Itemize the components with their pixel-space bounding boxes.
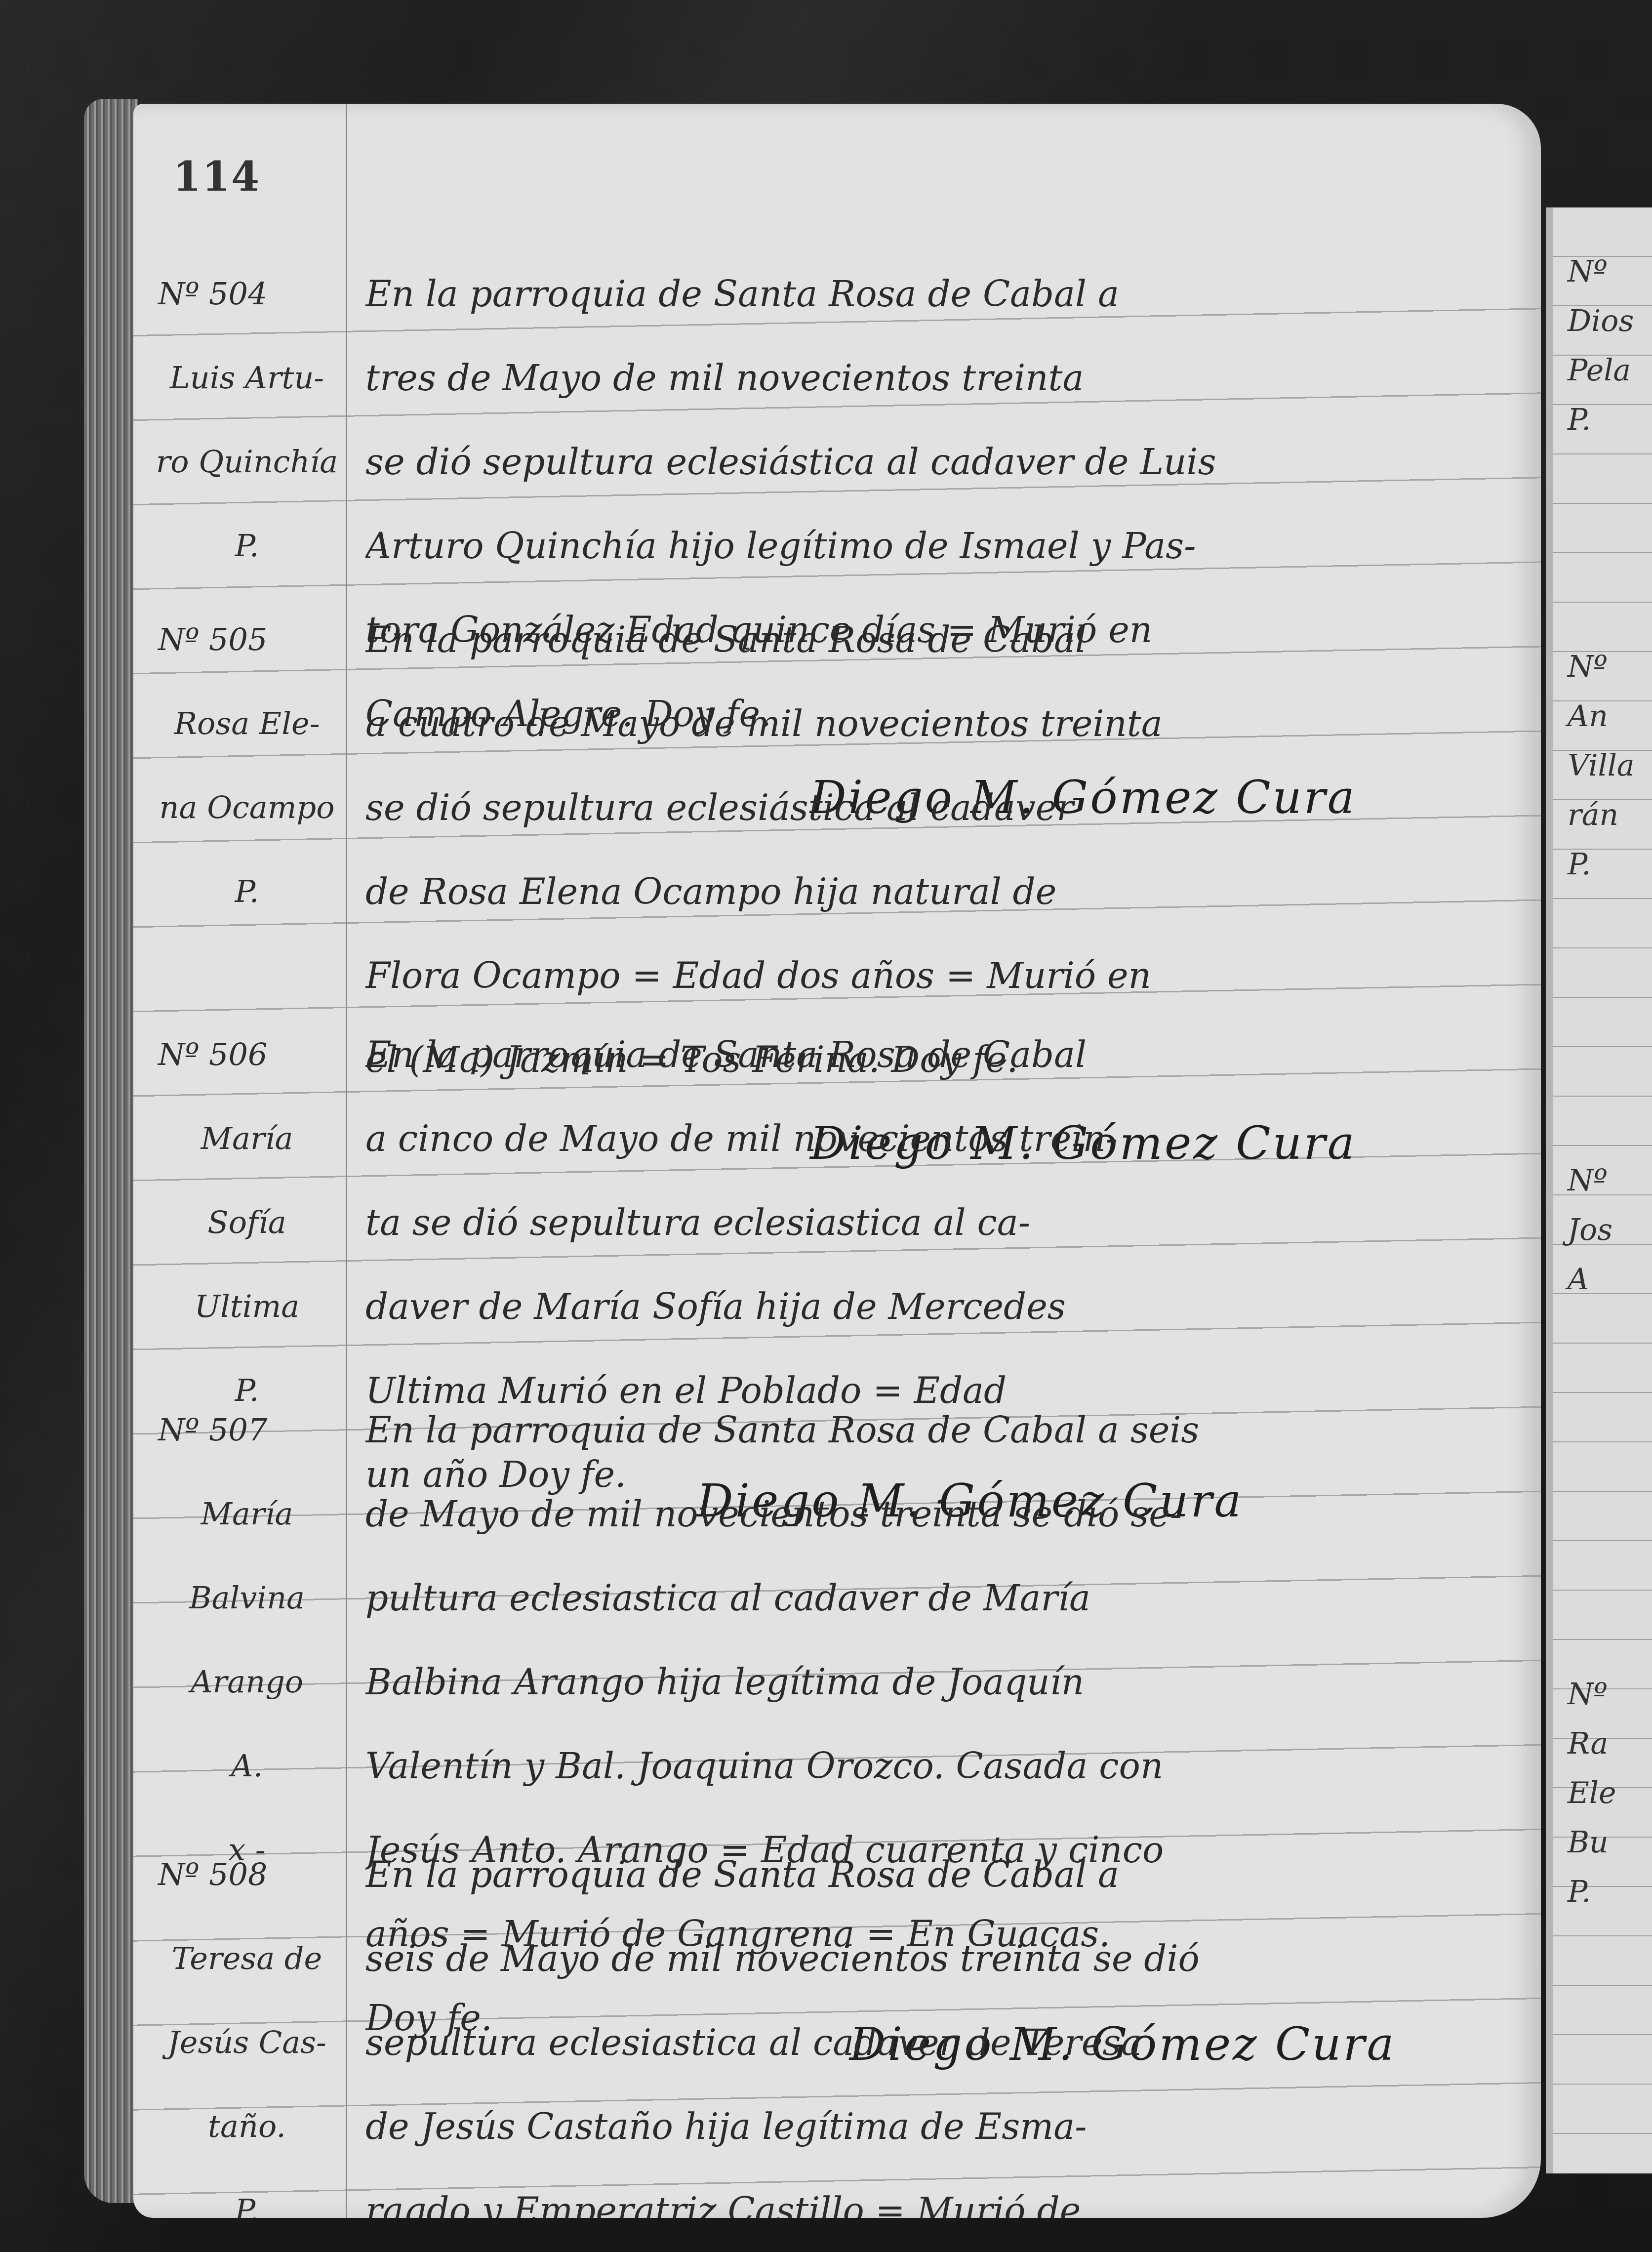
margin-name-line: Luis Artu- — [148, 336, 346, 420]
entry-margin: Nº 506 María Sofía Ultima P. — [148, 1013, 346, 1433]
margin-mark: P. — [148, 850, 346, 934]
entry-number: Nº 507 — [148, 1388, 346, 1472]
facing-entry-line: An — [1568, 692, 1635, 741]
facing-entry-line: Jos — [1568, 1205, 1612, 1255]
margin-name-line: ro Quinchía — [148, 420, 346, 504]
facing-entry-line: Nº — [1568, 642, 1635, 692]
facing-entry-line: Nº — [1568, 1156, 1612, 1205]
margin-rule — [346, 104, 347, 2218]
facing-entry-line: Ra — [1568, 1719, 1616, 1768]
body-line: pultura eclesiastica al cadaver de María — [365, 1556, 1511, 1640]
facing-page: Nº Dios Pela P. Nº An Villa rán P. Nº Jo… — [1546, 207, 1652, 2173]
facing-entry-line: Pela — [1568, 346, 1634, 395]
entry-number: Nº 504 — [148, 252, 346, 336]
entry-margin: Nº 504 Luis Artu- ro Quinchía P. — [148, 252, 346, 588]
facing-entry-line: P. — [1568, 840, 1635, 889]
margin-name-line: Sofía — [148, 1181, 346, 1265]
margin-name-line: Balvina — [148, 1556, 346, 1640]
entry-body: En la parroquia de Santa Rosa de Cabal a… — [365, 1833, 1511, 2218]
entry-margin: Nº 508 Teresa de Jesús Cas- taño. P. — [148, 1833, 346, 2218]
facing-entry: Nº An Villa rán P. — [1568, 642, 1635, 889]
body-line: se dió sepultura eclesiástica al cadaver — [365, 766, 1511, 850]
facing-entry-line: Nº — [1568, 247, 1634, 296]
body-line: tres de Mayo de mil novecientos treinta — [365, 336, 1511, 420]
body-line: Balbina Arango hija legítima de Joaquín — [365, 1640, 1511, 1724]
body-line: a cuatro de Mayo de mil novecientos trei… — [365, 682, 1511, 766]
margin-name-line: Teresa de — [148, 1917, 346, 2001]
facing-entry-line: A — [1568, 1255, 1612, 1304]
entry-margin: Nº 505 Rosa Ele- na Ocampo P. — [148, 598, 346, 934]
register-page: 114 Nº 504 Luis Artu- ro Quinchía P. En … — [133, 104, 1541, 2218]
margin-name-line: Arango — [148, 1640, 346, 1724]
body-line: En la parroquia de Santa Rosa de Cabal — [365, 1013, 1511, 1097]
body-line: ragdo y Emperatriz Castillo = Murió de — [365, 2169, 1511, 2218]
margin-name-line: María — [148, 1097, 346, 1181]
entry-number: Nº 508 — [148, 1833, 346, 1917]
body-line: sepultura eclesiastica al cadaver de Ter… — [365, 2001, 1511, 2085]
facing-entry: Nº Ra Ele Bu P. — [1568, 1670, 1616, 1917]
facing-entry-line: Villa — [1568, 741, 1635, 790]
facing-entry-line: Dios — [1568, 296, 1634, 346]
body-line: a cinco de Mayo de mil novecientos trein… — [365, 1097, 1511, 1181]
body-line: En la parroquia de Santa Rosa de Cabal — [365, 598, 1511, 682]
facing-entry-line: rán — [1568, 790, 1635, 840]
margin-mark: A. — [148, 1724, 346, 1808]
page-edge-stack — [84, 99, 138, 2203]
facing-entry-line: P. — [1568, 395, 1634, 445]
body-line: daver de María Sofía hija de Mercedes — [365, 1265, 1511, 1349]
margin-name-line: María — [148, 1472, 346, 1556]
body-line: de Rosa Elena Ocampo hija natural de — [365, 850, 1511, 934]
body-line: seis de Mayo de mil novecientos treinta … — [365, 1917, 1511, 2001]
facing-entry-line: P. — [1568, 1867, 1616, 1917]
margin-name-line: taño. — [148, 2085, 346, 2169]
entry-number: Nº 506 — [148, 1013, 346, 1097]
facing-entry-line: Bu — [1568, 1818, 1616, 1867]
facing-entry: Nº Dios Pela P. — [1568, 247, 1634, 445]
body-line: ta se dió sepultura eclesiastica al ca- — [365, 1181, 1511, 1265]
facing-entry-line: Nº — [1568, 1670, 1616, 1719]
body-line: se dió sepultura eclesiástica al cadaver… — [365, 420, 1511, 504]
margin-name-line: na Ocampo — [148, 766, 346, 850]
body-line: En la parroquia de Santa Rosa de Cabal a… — [365, 1388, 1511, 1472]
body-line: Arturo Quinchía hijo legítimo de Ismael … — [365, 504, 1511, 588]
margin-name-line: Jesús Cas- — [148, 2001, 346, 2085]
body-line: En la parroquia de Santa Rosa de Cabal a — [365, 1833, 1511, 1917]
margin-name-line: Ultima — [148, 1265, 346, 1349]
margin-name-line: Rosa Ele- — [148, 682, 346, 766]
body-line: En la parroquia de Santa Rosa de Cabal a — [365, 252, 1511, 336]
body-line: Flora Ocampo = Edad dos años = Murió en — [365, 934, 1511, 1018]
margin-mark: P. — [148, 504, 346, 588]
body-line: de Mayo de mil novecientos treinta se di… — [365, 1472, 1511, 1556]
entry-margin: Nº 507 María Balvina Arango A. x - — [148, 1388, 346, 1892]
facing-entry: Nº Jos A — [1568, 1156, 1612, 1304]
body-line: Valentín y Bal. Joaquina Orozco. Casada … — [365, 1724, 1511, 1808]
page-number: 114 — [173, 153, 260, 201]
facing-entry-line: Ele — [1568, 1768, 1616, 1818]
entry-number: Nº 505 — [148, 598, 346, 682]
body-line: de Jesús Castaño hija legítima de Esma- — [365, 2085, 1511, 2169]
margin-mark: P. — [148, 2169, 346, 2218]
